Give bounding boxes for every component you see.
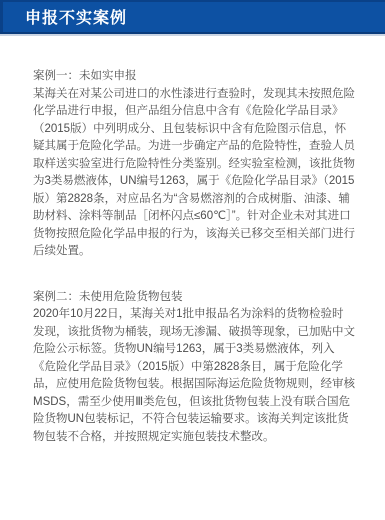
- case-1-body: 某海关在对某公司进口的水性漆进行查验时，发现其未按照危险化学品进行申报，但产品组…: [33, 86, 355, 261]
- case-1-title: 案例一：未如实申报: [33, 68, 355, 86]
- case-2-title: 案例二：未使用危险货物包装: [33, 289, 355, 307]
- page-title: 申报不实案例: [25, 5, 127, 28]
- header-bar: 申报不实案例: [0, 0, 385, 34]
- case-2-body: 2020年10月22日，某海关对1批申报品名为涂料的货物检验时发现，该批货物为桶…: [33, 306, 355, 446]
- page: { "header": { "title": "申报不实案例" }, "colo…: [0, 0, 385, 520]
- content-area: 案例一：未如实申报 某海关在对某公司进口的水性漆进行查验时，发现其未按照危险化学…: [0, 36, 385, 446]
- case-section-2: 案例二：未使用危险货物包装 2020年10月22日，某海关对1批申报品名为涂料的…: [33, 289, 355, 447]
- case-section-1: 案例一：未如实申报 某海关在对某公司进口的水性漆进行查验时，发现其未按照危险化学…: [33, 68, 355, 261]
